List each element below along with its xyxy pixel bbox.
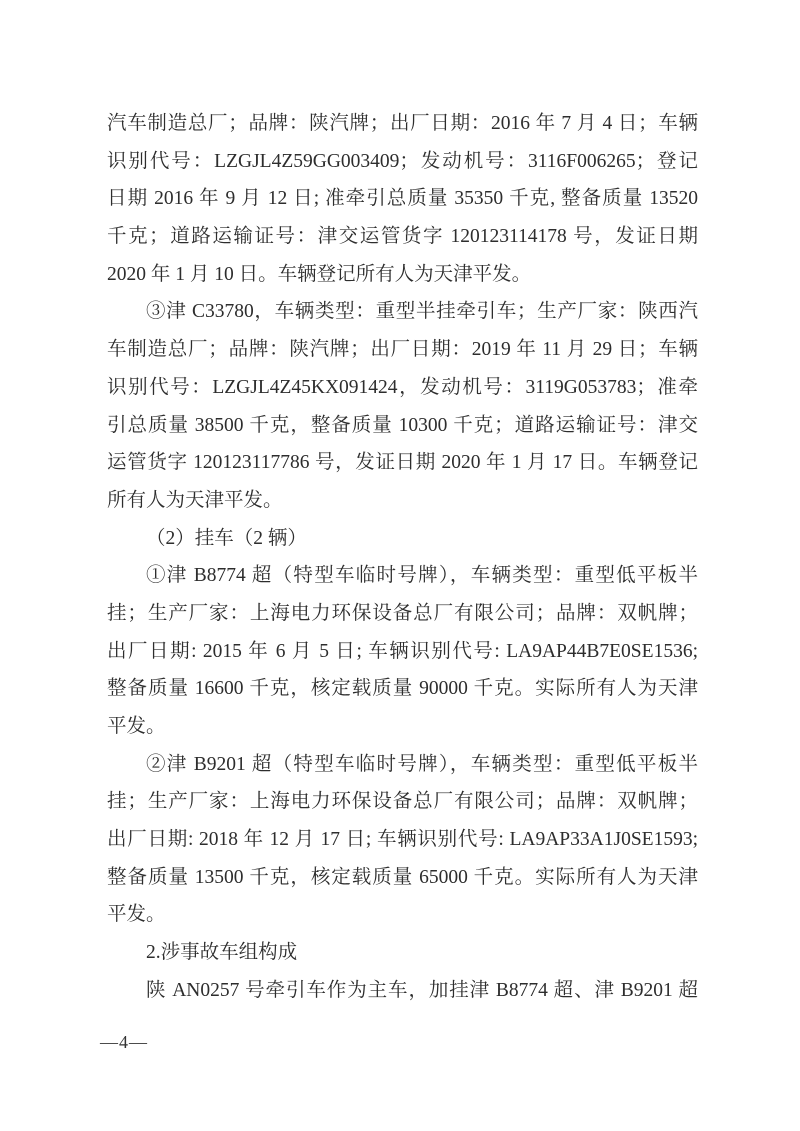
document-line: 千克；道路运输证号：津交运管货字 120123114178 号，发证日期 — [107, 218, 698, 256]
document-line: 平发。 — [107, 708, 698, 746]
document-line: 日期 2016 年 9 月 12 日; 准牵引总质量 35350 千克, 整备质… — [107, 180, 698, 218]
document-line: 运管货字 120123117786 号，发证日期 2020 年 1 月 17 日… — [107, 444, 698, 482]
page-number: —4— — [100, 1031, 148, 1053]
document-line: ①津 B8774 超（特型车临时号牌），车辆类型：重型低平板半 — [107, 557, 698, 595]
document-line: 识别代号：LZGJL4Z45KX091424，发动机号：3119G053783；… — [107, 369, 698, 407]
document-line: 出厂日期: 2018 年 12 月 17 日; 车辆识别代号: LA9AP33A… — [107, 821, 698, 859]
document-line: 汽车制造总厂；品牌：陕汽牌；出厂日期：2016 年 7 月 4 日；车辆 — [107, 105, 698, 143]
document-line: 引总质量 38500 千克，整备质量 10300 千克；道路运输证号：津交 — [107, 407, 698, 445]
document-line: ③津 C33780，车辆类型：重型半挂牵引车；生产厂家：陕西汽 — [107, 293, 698, 331]
document-line: 识别代号：LZGJL4Z59GG003409；发动机号：3116F006265；… — [107, 143, 698, 181]
document-line: 挂；生产厂家：上海电力环保设备总厂有限公司；品牌：双帆牌； — [107, 783, 698, 821]
document-line: 所有人为天津平发。 — [107, 482, 698, 520]
document-line: ②津 B9201 超（特型车临时号牌），车辆类型：重型低平板半 — [107, 746, 698, 784]
document-line: 车制造总厂；品牌：陕汽牌；出厂日期：2019 年 11 月 29 日；车辆 — [107, 331, 698, 369]
document-line: 陕 AN0257 号牵引车作为主车，加挂津 B8774 超、津 B9201 超 — [107, 972, 698, 1010]
document-body: 汽车制造总厂；品牌：陕汽牌；出厂日期：2016 年 7 月 4 日；车辆 识别代… — [107, 105, 698, 1010]
document-line: 2020 年 1 月 10 日。车辆登记所有人为天津平发。 — [107, 256, 698, 294]
document-line: 2.涉事故车组构成 — [107, 934, 698, 972]
document-line: 出厂日期: 2015 年 6 月 5 日; 车辆识别代号: LA9AP44B7E… — [107, 633, 698, 671]
document-line: 挂；生产厂家：上海电力环保设备总厂有限公司；品牌：双帆牌； — [107, 595, 698, 633]
document-line: 平发。 — [107, 896, 698, 934]
document-line: 整备质量 16600 千克，核定载质量 90000 千克。实际所有人为天津 — [107, 670, 698, 708]
document-line: （2）挂车（2 辆） — [107, 520, 698, 558]
document-page: 汽车制造总厂；品牌：陕汽牌；出厂日期：2016 年 7 月 4 日；车辆 识别代… — [0, 0, 800, 1131]
document-line: 整备质量 13500 千克，核定载质量 65000 千克。实际所有人为天津 — [107, 859, 698, 897]
